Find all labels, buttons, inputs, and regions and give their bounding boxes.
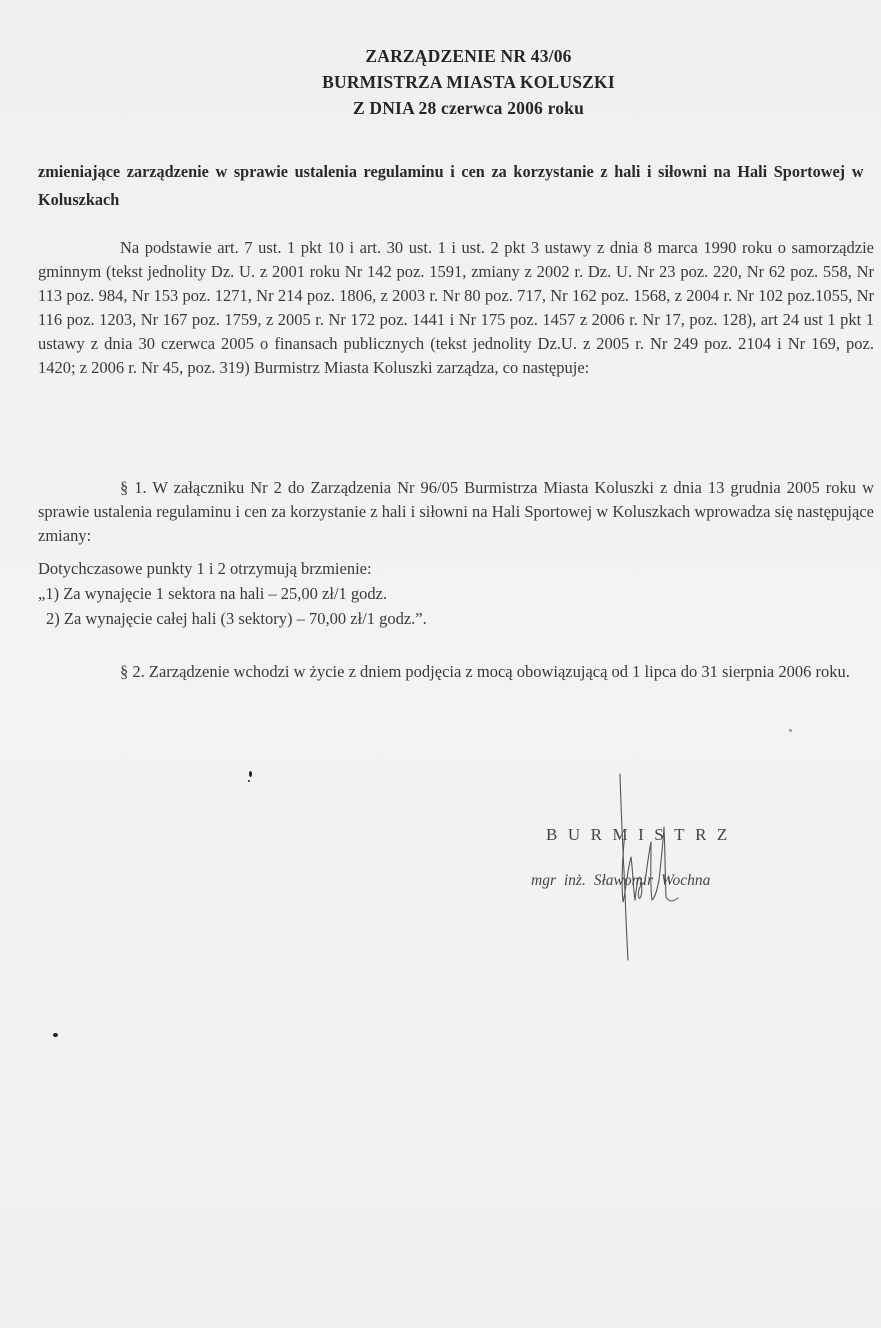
scan-speck (248, 780, 250, 782)
handwritten-signature-icon (595, 772, 695, 962)
amendment-list: Dotychczasowe punkty 1 i 2 otrzymują brz… (38, 556, 427, 631)
document-subject: zmieniające zarządzenie w sprawie ustale… (38, 158, 863, 214)
legal-basis-text: Na podstawie art. 7 ust. 1 pkt 10 i art.… (38, 238, 874, 377)
issue-date: Z DNIA 28 czerwca 2006 roku (56, 95, 881, 121)
signatory-title: BURMISTRZ (546, 825, 738, 845)
section-2-paragraph: § 2. Zarządzenie wchodzi w życie z dniem… (38, 660, 874, 684)
document-page: ZARZĄDZENIE NR 43/06 BURMISTRZA MIASTA K… (0, 0, 881, 1328)
list-item: 2) Za wynajęcie całej hali (3 sektory) –… (38, 606, 427, 631)
section-2-text: § 2. Zarządzenie wchodzi w życie z dniem… (120, 662, 850, 681)
section-1-text: § 1. W załączniku Nr 2 do Zarządzenia Nr… (38, 478, 874, 545)
scan-speck (53, 1033, 58, 1037)
issuer: BURMISTRZA MIASTA KOLUSZKI (56, 69, 881, 95)
section-1-paragraph: § 1. W załączniku Nr 2 do Zarządzenia Nr… (38, 476, 874, 548)
legal-basis-paragraph: Na podstawie art. 7 ust. 1 pkt 10 i art.… (38, 236, 874, 380)
scan-speck (249, 771, 252, 777)
list-intro: Dotychczasowe punkty 1 i 2 otrzymują brz… (38, 556, 427, 581)
document-header: ZARZĄDZENIE NR 43/06 BURMISTRZA MIASTA K… (0, 43, 881, 121)
ordinance-number: ZARZĄDZENIE NR 43/06 (56, 43, 881, 69)
list-item: „1) Za wynajęcie 1 sektora na hali – 25,… (38, 581, 427, 606)
scan-speck (789, 729, 792, 732)
signatory-name: mgr inż. Sławomir Wochna (531, 872, 710, 890)
